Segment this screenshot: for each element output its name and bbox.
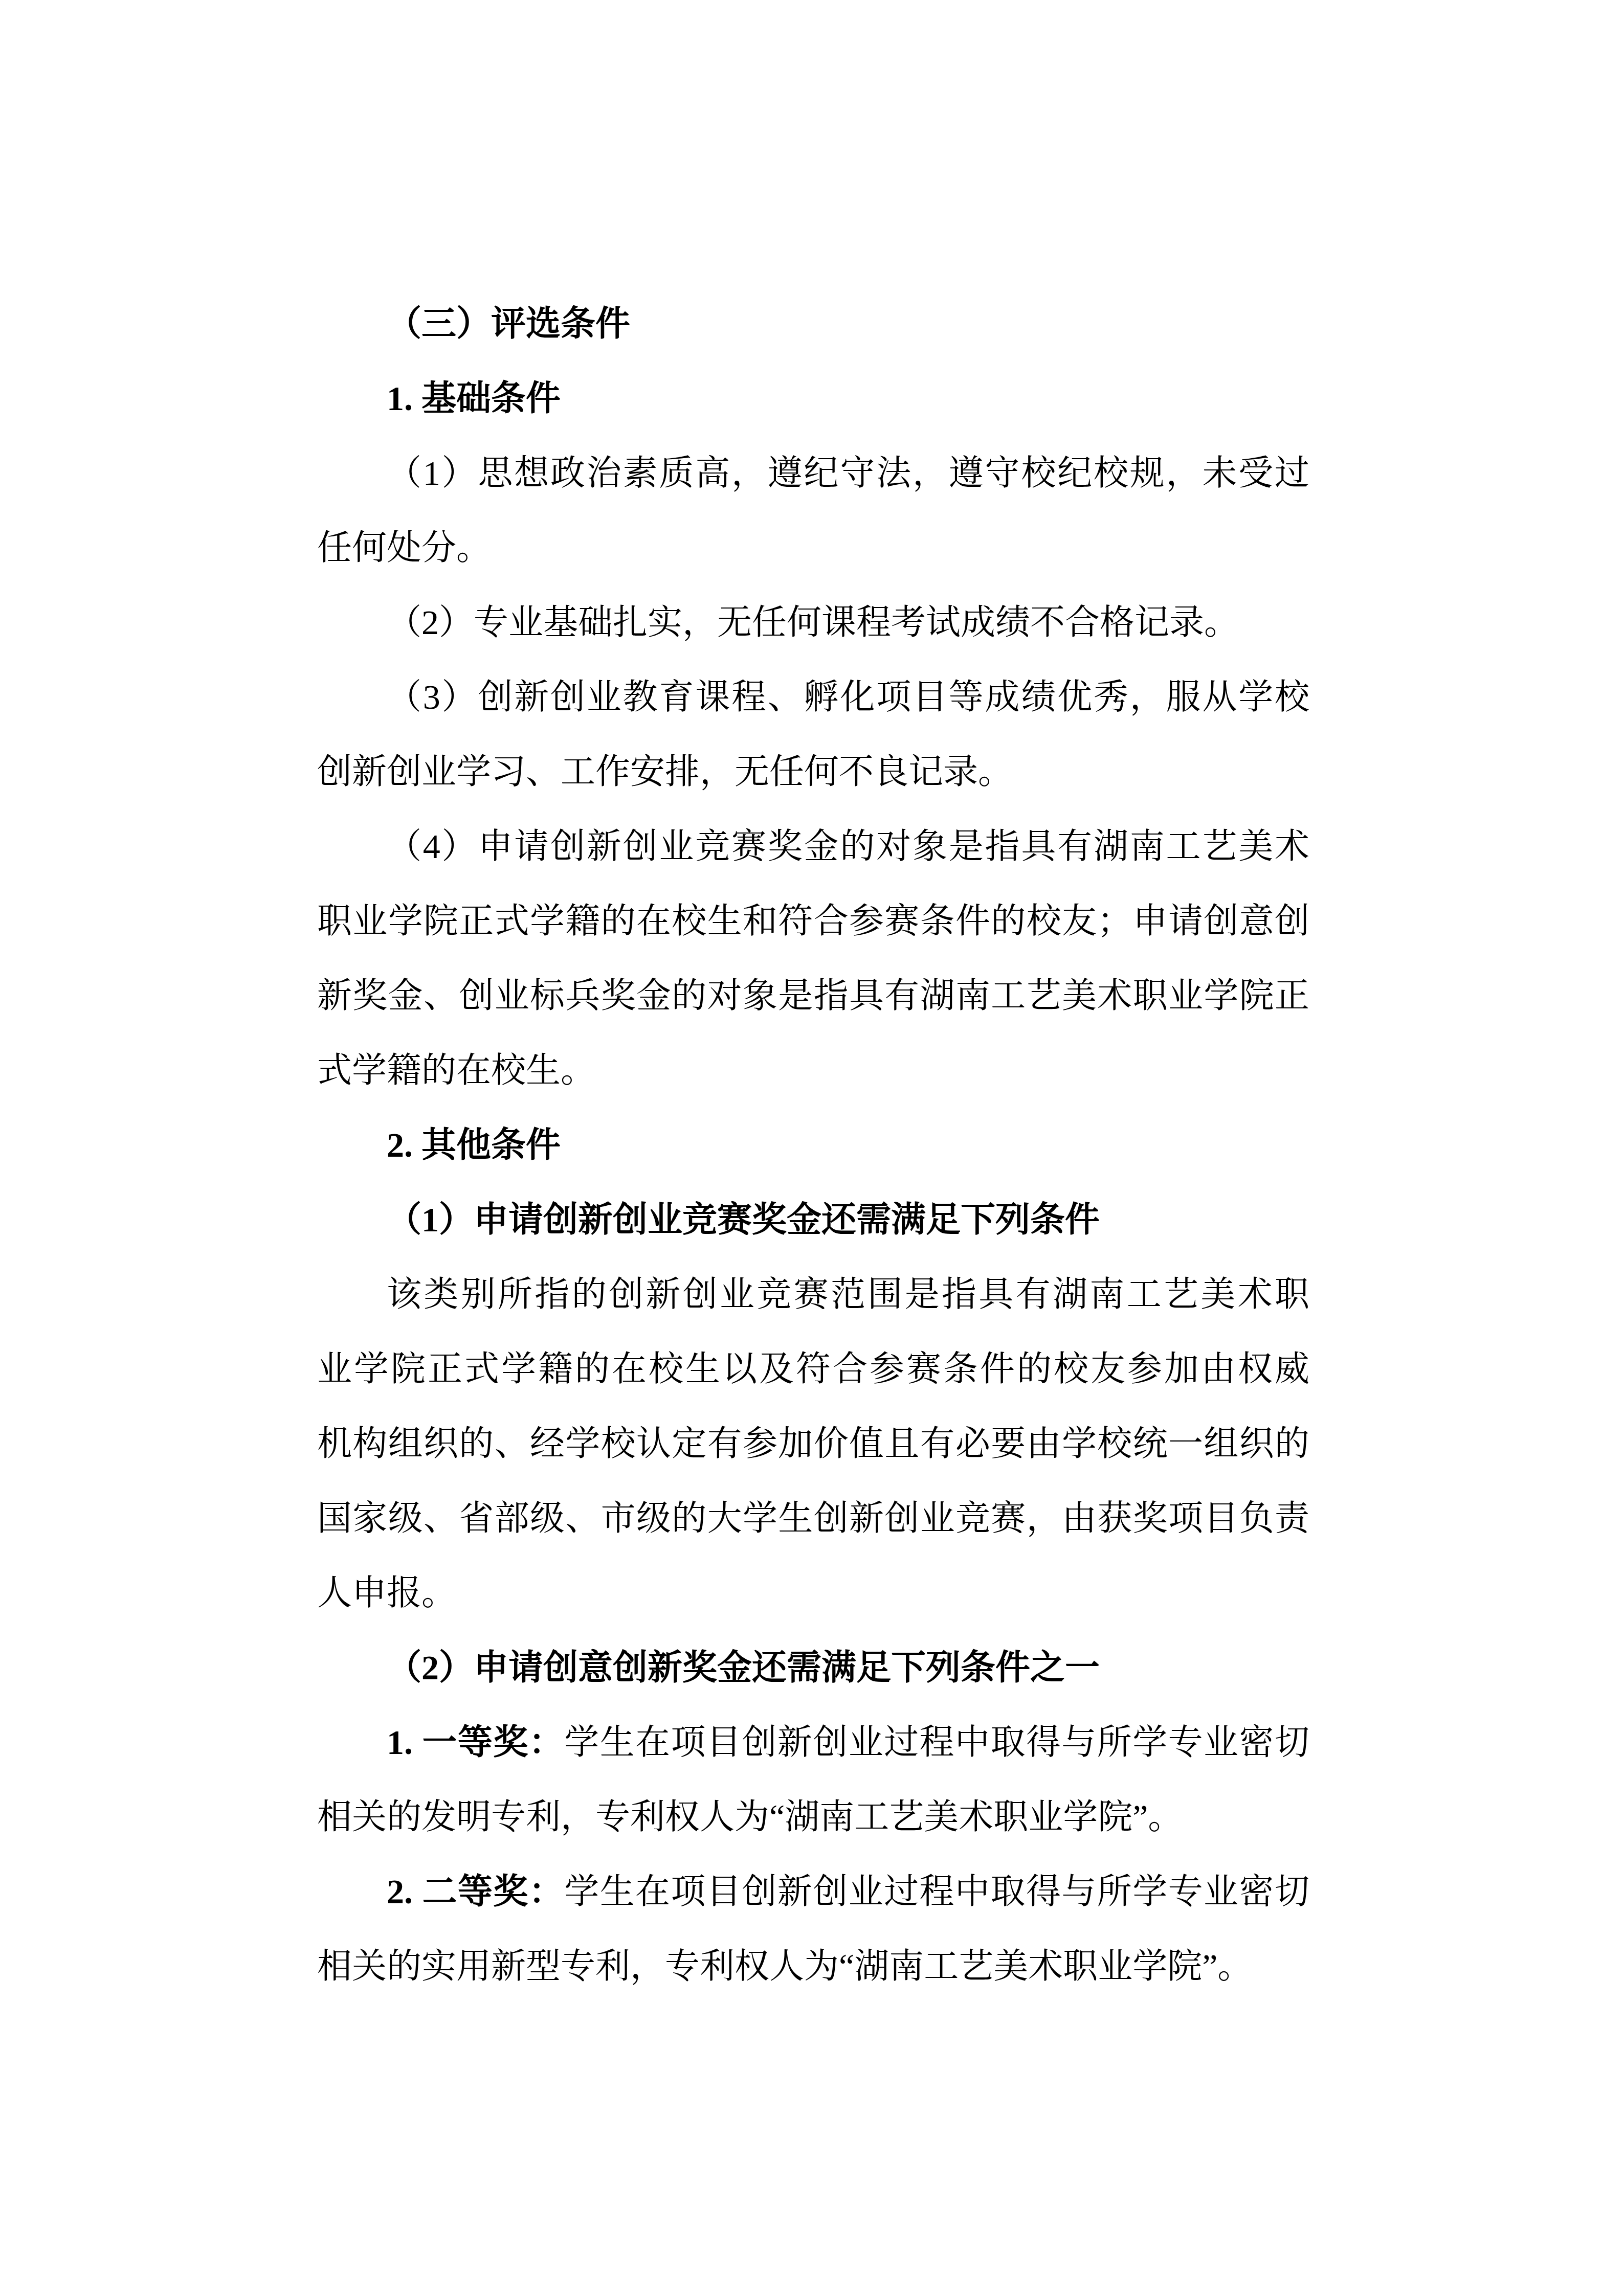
- text-line: （4）申请创新创业竞赛奖金的对象是指具有湖南工艺美术: [317, 809, 1309, 884]
- text-segment: 任何处分。: [317, 528, 491, 567]
- text-line: 相关的发明专利，专利权人为“湖南工艺美术职业学院”。: [317, 1780, 1309, 1854]
- text-line: 2. 其他条件: [317, 1108, 1309, 1182]
- bold-text-segment: 1. 基础条件: [387, 379, 561, 418]
- text-line: 1. 基础条件: [317, 361, 1309, 436]
- text-line: （2）专业基础扎实，无任何课程考试成绩不合格记录。: [317, 585, 1309, 660]
- bold-text-segment: （三）评选条件: [387, 304, 630, 343]
- text-segment: 国家级、省部级、市级的大学生创新创业竞赛，由获奖项目负责: [317, 1499, 1309, 1538]
- text-line: （三）评选条件: [317, 286, 1309, 361]
- bold-text-segment: 2. 其他条件: [387, 1126, 561, 1164]
- text-line: 职业学院正式学籍的在校生和符合参赛条件的校友；申请创意创: [317, 884, 1309, 958]
- text-line: （1）思想政治素质高，遵纪守法，遵守校纪校规，未受过: [317, 436, 1309, 510]
- bold-text-segment: 2. 二等奖：: [387, 1872, 564, 1911]
- document-page: （三）评选条件1. 基础条件（1）思想政治素质高，遵纪守法，遵守校纪校规，未受过…: [0, 0, 1624, 2296]
- text-segment: 职业学院正式学籍的在校生和符合参赛条件的校友；申请创意创: [317, 902, 1309, 940]
- text-line: 人申报。: [317, 1556, 1309, 1630]
- text-segment: （1）思想政治素质高，遵纪守法，遵守校纪校规，未受过: [387, 454, 1309, 492]
- text-segment: （3）创新创业教育课程、孵化项目等成绩优秀，服从学校: [387, 678, 1309, 716]
- text-line: 式学籍的在校生。: [317, 1033, 1309, 1108]
- text-segment: （2）专业基础扎实，无任何课程考试成绩不合格记录。: [387, 603, 1239, 642]
- text-line: （2）申请创意创新奖金还需满足下列条件之一: [317, 1630, 1309, 1705]
- text-segment: 式学籍的在校生。: [317, 1051, 595, 1090]
- bold-text-segment: （1）申请创新创业竞赛奖金还需满足下列条件: [387, 1200, 1100, 1239]
- text-line: 新奖金、创业标兵奖金的对象是指具有湖南工艺美术职业学院正: [317, 958, 1309, 1033]
- text-line: 国家级、省部级、市级的大学生创新创业竞赛，由获奖项目负责: [317, 1481, 1309, 1556]
- bold-text-segment: 1. 一等奖：: [387, 1723, 564, 1762]
- text-line: 任何处分。: [317, 510, 1309, 585]
- text-segment: （4）申请创新创业竞赛奖金的对象是指具有湖南工艺美术: [387, 827, 1309, 866]
- text-segment: 学生在项目创新创业过程中取得与所学专业密切: [564, 1723, 1309, 1762]
- text-line: 创新创业学习、工作安排，无任何不良记录。: [317, 734, 1309, 809]
- text-line: 2. 二等奖：学生在项目创新创业过程中取得与所学专业密切: [317, 1854, 1309, 1929]
- text-line: （3）创新创业教育课程、孵化项目等成绩优秀，服从学校: [317, 660, 1309, 734]
- text-segment: 人申报。: [317, 1573, 456, 1612]
- text-segment: 机构组织的、经学校认定有参加价值且有必要由学校统一组织的: [317, 1424, 1309, 1463]
- text-segment: 创新创业学习、工作安排，无任何不良记录。: [317, 752, 1013, 791]
- document-body: （三）评选条件1. 基础条件（1）思想政治素质高，遵纪守法，遵守校纪校规，未受过…: [317, 286, 1309, 2004]
- text-segment: 新奖金、创业标兵奖金的对象是指具有湖南工艺美术职业学院正: [317, 976, 1309, 1015]
- text-segment: 学生在项目创新创业过程中取得与所学专业密切: [564, 1872, 1309, 1911]
- text-line: 相关的实用新型专利，专利权人为“湖南工艺美术职业学院”。: [317, 1929, 1309, 2004]
- text-line: 机构组织的、经学校认定有参加价值且有必要由学校统一组织的: [317, 1406, 1309, 1481]
- bold-text-segment: （2）申请创意创新奖金还需满足下列条件之一: [387, 1648, 1100, 1687]
- text-segment: 业学院正式学籍的在校生以及符合参赛条件的校友参加由权威: [317, 1349, 1309, 1388]
- text-segment: 相关的实用新型专利，专利权人为“湖南工艺美术职业学院”。: [317, 1947, 1252, 1986]
- text-line: 1. 一等奖：学生在项目创新创业过程中取得与所学专业密切: [317, 1705, 1309, 1780]
- text-segment: 相关的发明专利，专利权人为“湖南工艺美术职业学院”。: [317, 1797, 1183, 1836]
- text-line: 业学院正式学籍的在校生以及符合参赛条件的校友参加由权威: [317, 1332, 1309, 1406]
- text-line: 该类别所指的创新创业竞赛范围是指具有湖南工艺美术职: [317, 1257, 1309, 1332]
- text-segment: 该类别所指的创新创业竞赛范围是指具有湖南工艺美术职: [387, 1275, 1309, 1314]
- text-line: （1）申请创新创业竞赛奖金还需满足下列条件: [317, 1182, 1309, 1257]
